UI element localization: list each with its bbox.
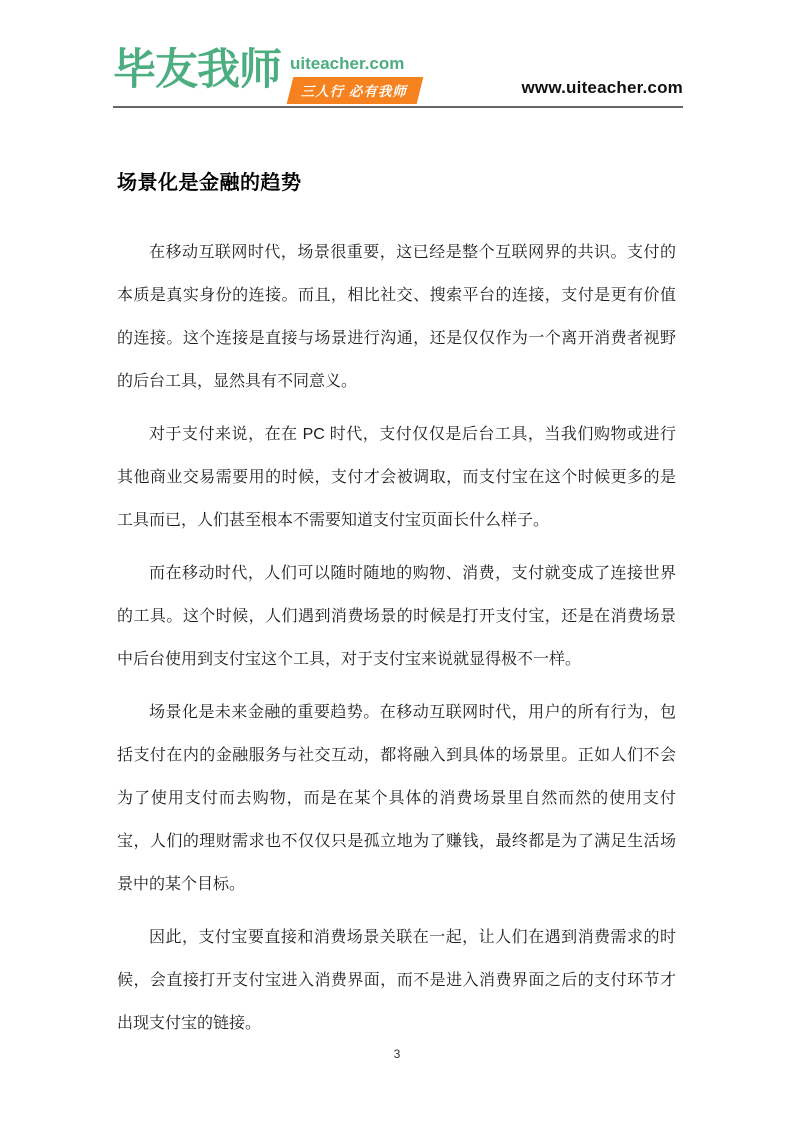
- document-body: 场景化是金融的趋势 在移动互联网时代，场景很重要，这已经是整个互联网界的共识。支…: [117, 166, 676, 1055]
- body-paragraph: 而在移动时代，人们可以随时随地的购物、消费，支付就变成了连接世界的工具。这个时候…: [117, 552, 676, 681]
- body-paragraphs: 在移动互联网时代，场景很重要，这已经是整个互联网界的共识。支付的本质是真实身份的…: [117, 231, 676, 1045]
- site-url: www.uiteacher.com: [522, 78, 684, 98]
- body-paragraph: 场景化是未来金融的重要趋势。在移动互联网时代，用户的所有行为，包括支付在内的金融…: [117, 691, 676, 906]
- document-header: 毕友我师 uiteacher.com 三人行 必有我师 www.uiteache…: [113, 42, 683, 104]
- slogan-text: 三人行 必有我师: [300, 80, 411, 100]
- document-page: 毕友我师 uiteacher.com 三人行 必有我师 www.uiteache…: [0, 0, 794, 1123]
- page-number: 3: [0, 1047, 794, 1061]
- logo-side-block: uiteacher.com 三人行 必有我师: [290, 48, 420, 104]
- body-paragraph: 对于支付来说，在在 PC 时代，支付仅仅是后台工具，当我们购物或进行其他商业交易…: [117, 413, 676, 542]
- logo-text: 毕友我师: [113, 48, 281, 93]
- body-paragraph: 因此，支付宝要直接和消费场景关联在一起，让人们在遇到消费需求的时候，会直接打开支…: [117, 916, 676, 1045]
- header-divider-line: [113, 106, 683, 108]
- page-title: 场景化是金融的趋势: [117, 166, 676, 195]
- brand-logo: 毕友我师 uiteacher.com 三人行 必有我师: [113, 48, 420, 104]
- logo-domain-text: uiteacher.com: [290, 54, 404, 74]
- slogan-badge: 三人行 必有我师: [287, 77, 424, 104]
- body-paragraph: 在移动互联网时代，场景很重要，这已经是整个互联网界的共识。支付的本质是真实身份的…: [117, 231, 676, 403]
